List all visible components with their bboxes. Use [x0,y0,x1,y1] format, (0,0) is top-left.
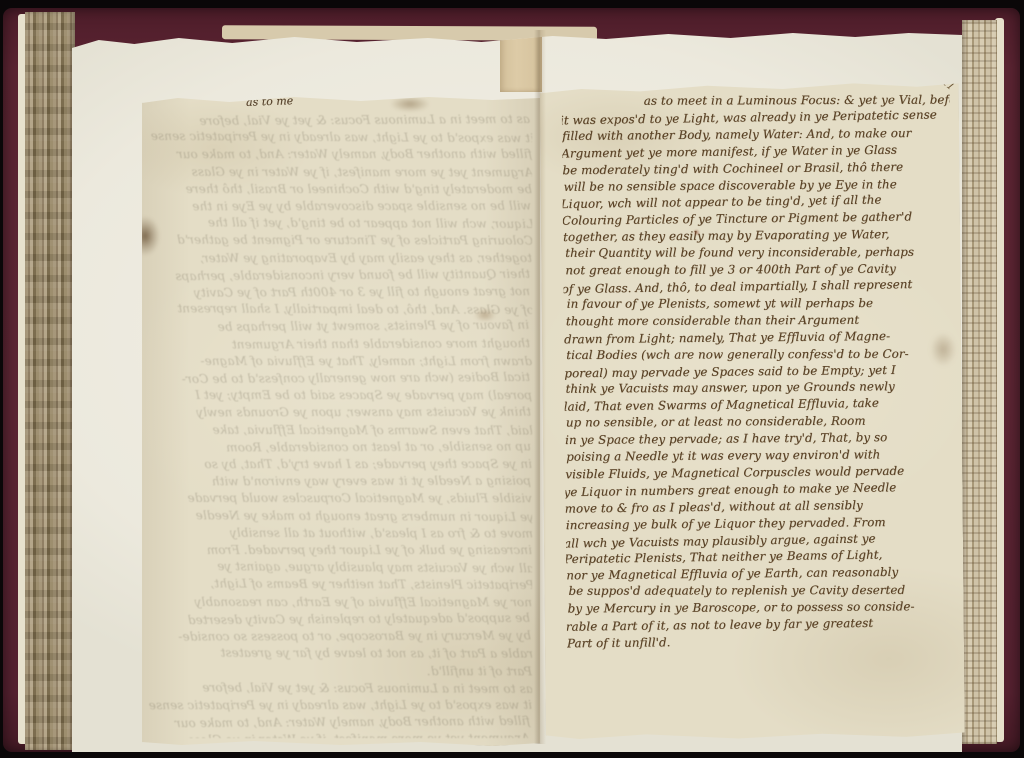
showthrough-line: tical Bodies (wch are now generally conf… [148,369,530,388]
showthrough-line: by ye Mercury in ye Baroscope, or to pos… [148,627,531,645]
showthrough-line: all wch ye Vacuists may plausibly argue,… [148,558,532,578]
showthrough-line: thought more considerable than their Arg… [148,335,530,354]
showthrough-line: in favour of ye Plenists, somewt yt will… [148,317,530,337]
left-manuscript-leaf: as to me as to meet in a Luminous Focus:… [142,96,540,746]
showthrough-line: of ye Glass. And, thô, to deal impartial… [148,300,532,319]
manuscript-line: Part of it unfill'd. [567,631,956,652]
showthrough-line: be suppos'd adequately to replenish ye C… [148,610,530,630]
gutter-shadow [534,30,546,744]
showthrough-line: nor ye Magnetical Effluvia of ye Earth, … [148,593,532,611]
showthrough-line: together, as they easily may by Evaporat… [148,250,532,267]
showthrough-line: filled with another Body, namely Water: … [148,713,530,733]
showthrough-line: their Quantity will be found very incons… [148,266,530,286]
page-edges-right [962,20,997,744]
showthrough-line: as to meet in a Luminous Focus: & yet ye… [148,112,530,130]
showthrough-text: as to meet in a Luminous Focus: & yet ye… [148,112,532,738]
showthrough-line: it was expos'd to ye Light, was already … [148,697,532,715]
showthrough-line: Liquor, wch will not appear to be ting'd… [148,214,532,233]
showthrough-line: ye Liquor in numbers great enough to mak… [148,507,532,526]
showthrough-line: move to & fro as I pleas'd, without at a… [148,524,532,542]
showthrough-line: poising a Needle yt it was every way env… [148,473,531,491]
page-edges-left [25,12,75,750]
manuscript-line: in favour of ye Plenists, somewt yt will… [566,295,952,313]
showthrough-line: poreal) may pervade ye Spaces said to be… [148,387,532,405]
stain [474,308,496,322]
manuscript-line: drawn from Light; namely, That ye Effluv… [564,327,952,348]
showthrough-line: Colouring Particles of ye Tincture or Pi… [148,232,532,250]
showthrough-line: be moderately ting'd with Cochineel or B… [148,181,532,198]
showthrough-line: drawn from Light; namely, That ye Effluv… [148,353,532,371]
showthrough-line: will be no sensible space discoverable b… [148,198,531,216]
showthrough-line: Argument yet ye more manifest, if ye Wat… [148,730,530,738]
showthrough-line: Argument yet ye more manifest, if ye Wat… [148,163,532,181]
showthrough-line: not great enough to fill ye 3 or 400th P… [148,283,530,302]
showthrough-line: Peripatetic Plenists, That neither ye Be… [148,576,532,595]
showthrough-line: filled with another Body, namely Water: … [148,146,532,164]
showthrough-line: up no sensible, or at least no considera… [148,438,531,457]
showthrough-line: think ye Vacuists may answer, upon ye Gr… [148,404,531,422]
showthrough-line: in ye Space they pervade; as I have try'… [148,456,532,473]
showthrough-line: it was expos'd to ye Light, was already … [148,128,532,148]
manuscript-line: be suppos'd adequately to replenish ye C… [569,582,955,600]
manuscript-line: their Quantity will be found very incons… [566,244,952,262]
showthrough-line: visible Fluids, ye Magnetical Corpuscles… [148,490,532,508]
showthrough-line: laid, That even Swarms of Magnetical Eff… [148,421,532,439]
showthrough-line: as to meet in a Luminous Focus: & yet ye… [148,679,532,698]
right-manuscript-leaf: 111 as to meet in a Luminous Focus: & ye… [540,80,965,741]
showthrough-line: rable a Part of it, as not to leave by f… [148,645,532,663]
showthrough-line: increasing ye bulk of ye Liquor they per… [148,542,532,559]
showthrough-line: Part of it unfill'd. [148,662,532,680]
manuscript-text: as to meet in a Luminous Focus: & yet ye… [562,90,956,694]
photograph-background: as to me as to meet in a Luminous Focus:… [0,0,1024,758]
manuscript-line: tical Bodies (wch are now generally conf… [566,345,952,363]
